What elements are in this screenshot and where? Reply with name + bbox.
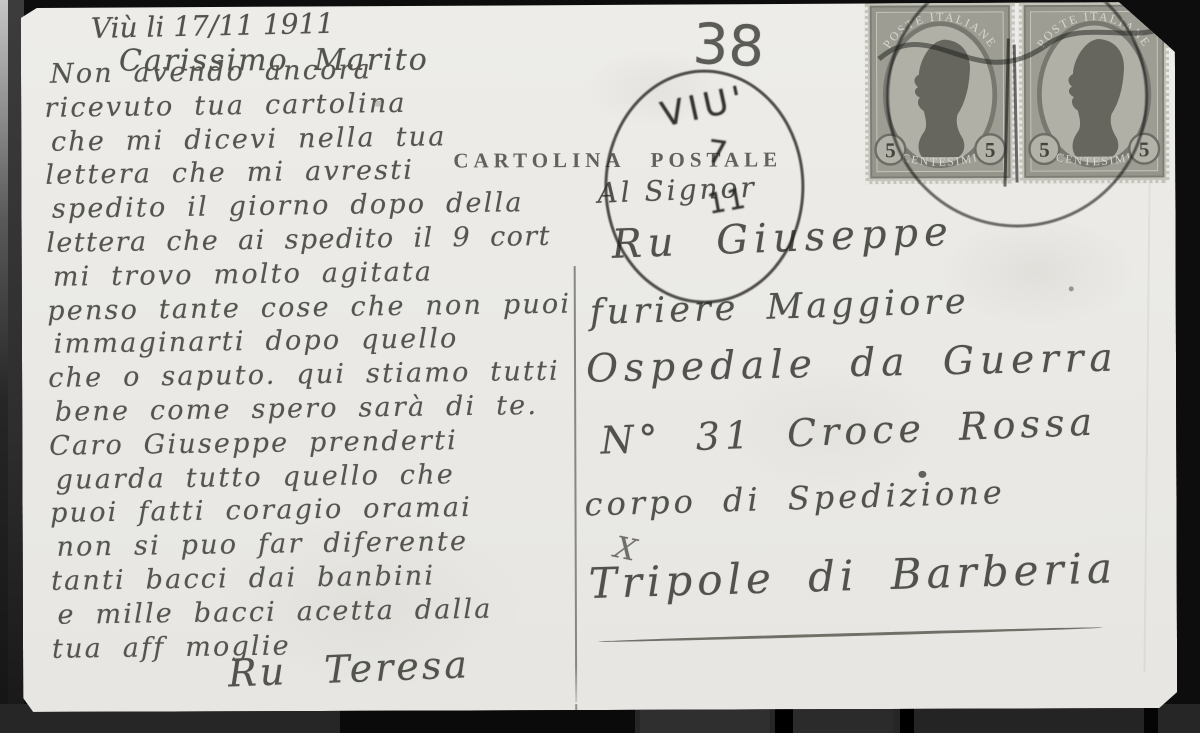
scan-bottom-gap [775,706,793,733]
cancel-squiggle [861,0,1192,201]
scan-bottom-gap [900,706,914,733]
scan-bottom-gap [1144,706,1158,733]
divider-line-dash [575,704,577,710]
postmark-town: VIU' [657,78,751,136]
scanned-postcard-photo: CARTOLINA POSTALE 38 Viù li 17/11 1911 C… [0,0,1200,733]
paper-speck [1069,286,1074,291]
paper-speck [373,101,383,107]
address-line: furiere Maggiore [589,282,970,333]
scan-edge-strip [0,0,8,733]
scan-bottom-patch [914,710,1144,733]
address-line: Tripole di Barberia [588,543,1118,608]
paper-crease [1143,152,1150,672]
message-date-line: Viù li 17/11 1911 [91,7,335,45]
postmark-day: 7 [705,133,729,171]
postmark-circle-viu: VIU' 7 11 [604,69,805,304]
address-line: N° 31 Croce Rossa [600,400,1098,463]
message-signature: Ru Teresa [227,642,470,695]
message-body: Non avendo ancora ricevuto tua cartolina… [44,51,612,667]
scan-bottom-patch [640,710,770,733]
postcard-back: CARTOLINA POSTALE 38 Viù li 17/11 1911 C… [21,2,1177,712]
scan-bottom-patch [793,708,893,733]
paper-speck [918,471,926,478]
address-line: Ospedale da Guerra [586,336,1120,392]
postmark-month: 11 [705,181,750,220]
address-line: corpo di Spedizione [584,473,1006,523]
address-underline-flourish [598,626,1103,643]
